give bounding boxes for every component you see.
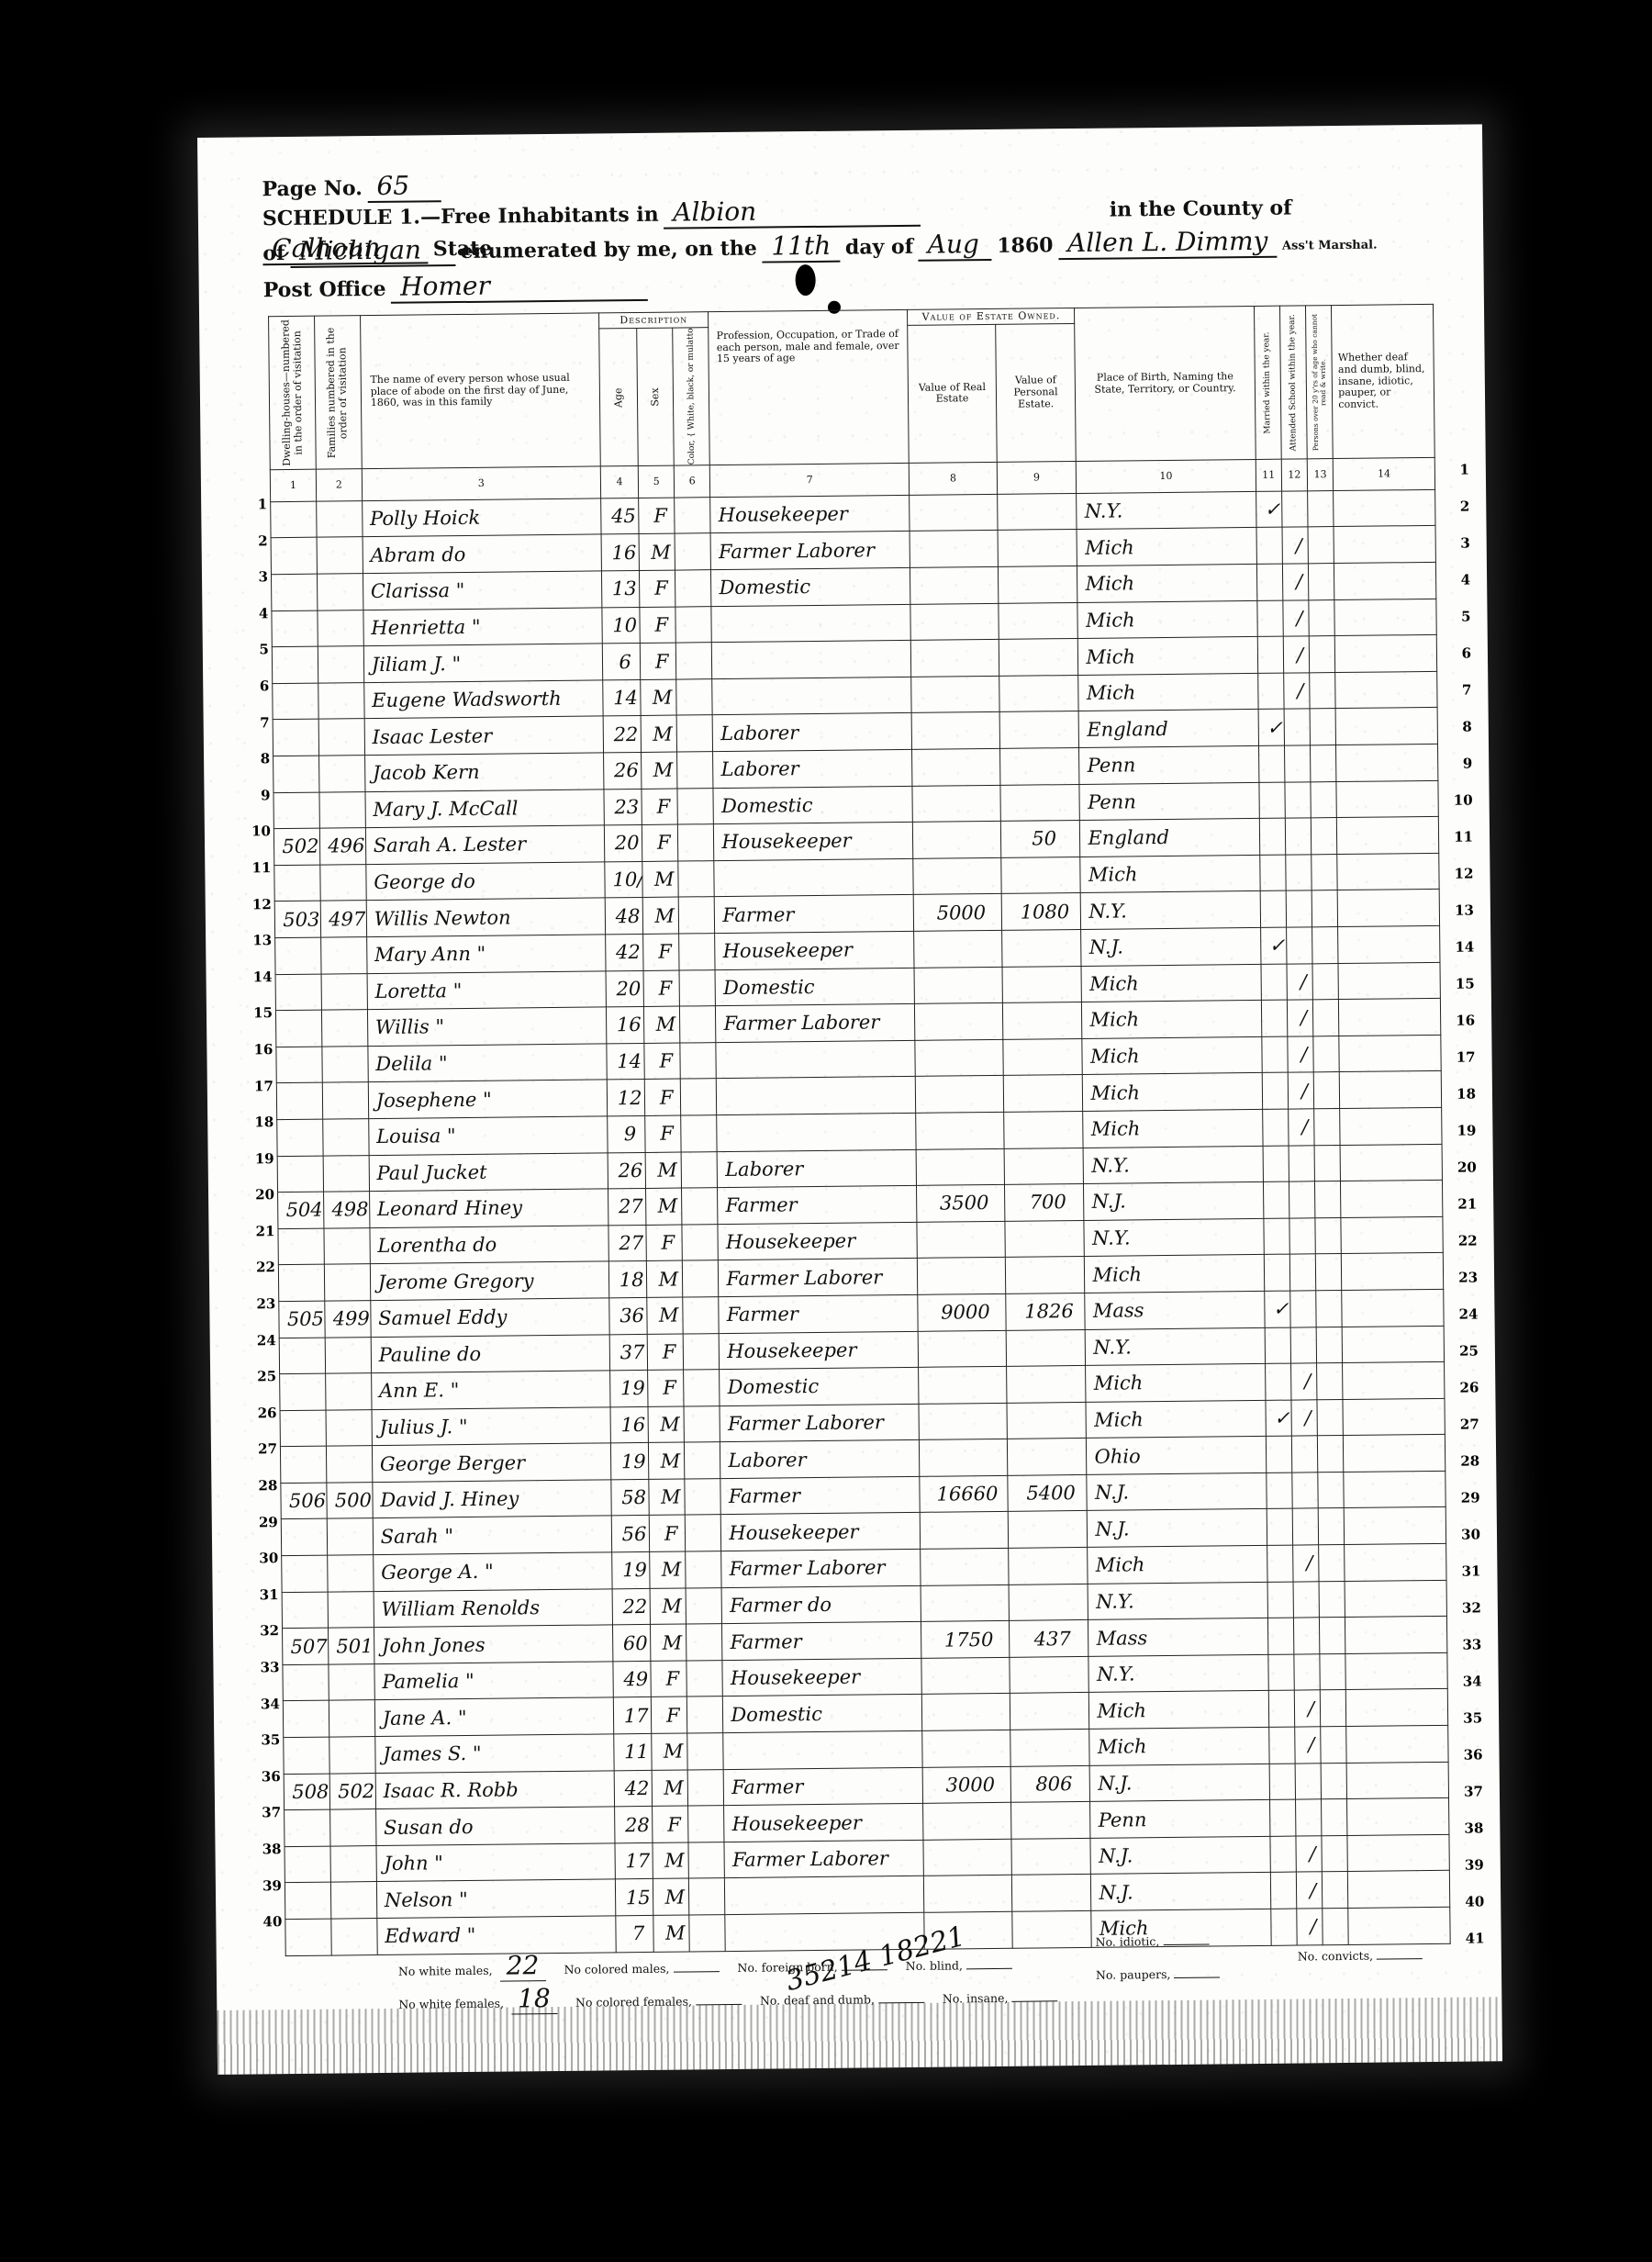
person-name-cell: Paul Jucket <box>369 1152 608 1191</box>
right-line-number: 21 <box>1455 1195 1477 1212</box>
personal-estate-value-cell <box>1010 1693 1089 1730</box>
attended-school-cell: / <box>1284 673 1311 710</box>
personal-estate-value-cell <box>1000 784 1080 822</box>
family-number-cell: 502 <box>329 1773 375 1809</box>
real-estate-value-cell: 16660 <box>920 1475 1008 1513</box>
disability-cell <box>1335 671 1437 709</box>
post-office-label: Post Office <box>263 277 386 302</box>
real-estate-value-cell: 9000 <box>918 1293 1006 1331</box>
birthplace-cell: Mich <box>1078 673 1258 711</box>
personal-estate-value-cell: 806 <box>1010 1765 1090 1803</box>
color-cell <box>686 1660 722 1696</box>
personal-estate-value-cell <box>1008 1547 1088 1585</box>
census-table: Dwelling-houses—numbered in the order of… <box>268 304 1451 1956</box>
column-number: 8 <box>910 462 998 495</box>
married-within-year-cell <box>1267 1618 1294 1654</box>
line-number: 4 <box>246 605 268 621</box>
person-name-cell: Nelson " <box>376 1879 616 1918</box>
person-name-cell: Josephene " <box>368 1080 608 1118</box>
age-cell: 6 <box>602 644 641 680</box>
married-within-year-cell: ✓ <box>1260 927 1287 964</box>
real-estate-value-cell <box>910 566 999 604</box>
family-number-cell: 501 <box>328 1628 374 1664</box>
married-within-year-cell: ✓ <box>1266 1400 1292 1437</box>
schedule-label: SCHEDULE 1.—Free Inhabitants in <box>262 203 659 231</box>
family-number-cell <box>321 973 367 1010</box>
dwelling-number-cell <box>275 1010 321 1047</box>
cannot-read-write-cell <box>1314 1108 1341 1145</box>
occupation-cell: Housekeeper <box>714 823 913 861</box>
column-number: 11 <box>1256 459 1282 491</box>
age-cell: 27 <box>608 1225 647 1261</box>
column-number: 1 <box>270 469 316 502</box>
cannot-read-write-cell <box>1308 490 1334 527</box>
family-number-cell <box>328 1555 374 1592</box>
family-number-cell <box>327 1518 373 1555</box>
occupation-cell <box>711 604 910 643</box>
line-number: 30 <box>256 1550 278 1566</box>
attended-school-cell <box>1289 1254 1316 1291</box>
family-number-cell <box>321 937 367 974</box>
sex-cell: F <box>640 607 675 644</box>
family-number-cell <box>331 1919 377 1955</box>
disability-cell <box>1334 562 1436 599</box>
right-line-number: 39 <box>1462 1856 1484 1873</box>
right-line-number: 27 <box>1457 1416 1479 1432</box>
convicts-blank <box>1377 1958 1423 1960</box>
cannot-read-write-cell <box>1320 1690 1346 1727</box>
line-number: 18 <box>251 1114 273 1130</box>
disability-cell <box>1342 1253 1444 1291</box>
cannot-read-write-cell <box>1318 1472 1345 1508</box>
occupation-cell <box>716 1040 915 1079</box>
birthplace-cell: N.J. <box>1081 927 1261 966</box>
age-cell: 17 <box>615 1842 653 1879</box>
sex-cell: M <box>644 1006 680 1043</box>
personal-estate-value-cell <box>999 675 1078 712</box>
personal-estate-value-cell <box>1007 1402 1087 1439</box>
age-cell: 58 <box>611 1479 650 1516</box>
disability-cell <box>1343 1398 1445 1436</box>
line-number: 27 <box>255 1440 277 1457</box>
idiotic-label: No. idiotic, <box>1096 1934 1160 1949</box>
dwelling-number-cell <box>276 1047 322 1083</box>
family-number-cell: 498 <box>323 1192 369 1228</box>
married-within-year-cell <box>1269 1764 1296 1800</box>
person-name-cell: George A. " <box>373 1552 612 1591</box>
personal-estate-value-cell <box>1008 1511 1088 1549</box>
disability-cell <box>1345 1543 1446 1581</box>
disability-cell <box>1340 1144 1442 1181</box>
age-cell: 20 <box>604 825 642 862</box>
paupers-label: No. paupers, <box>1096 1967 1171 1982</box>
sex-cell: M <box>650 1551 686 1588</box>
birthplace-cell: Mich <box>1080 855 1260 893</box>
cannot-read-write-cell <box>1314 1145 1341 1181</box>
birthplace-cell: N.Y. <box>1088 1582 1268 1620</box>
birthplace-cell: Penn <box>1079 782 1259 821</box>
age-cell: 56 <box>611 1516 650 1552</box>
age-cell: 13 <box>602 571 641 608</box>
real-estate-value-cell <box>921 1657 1010 1695</box>
occupation-cell <box>717 1077 916 1115</box>
line-number: 32 <box>257 1622 279 1639</box>
attended-school-cell <box>1294 1654 1321 1691</box>
color-cell <box>685 1442 720 1479</box>
birthplace-cell: Mich <box>1081 964 1261 1002</box>
census-body: Polly Hoick45FHousekeeperN.Y.✓Abram do16… <box>271 489 1451 1955</box>
person-name-cell: John " <box>376 1843 616 1882</box>
sex-cell: F <box>641 643 676 679</box>
real-estate-value-cell <box>922 1694 1010 1731</box>
dwelling-number-cell <box>277 1119 323 1156</box>
township-field: Albion <box>664 195 921 230</box>
birthplace-cell: Mich <box>1088 1545 1267 1584</box>
birthplace-cell: N.Y. <box>1084 1218 1264 1257</box>
birthplace-cell: N.Y. <box>1077 491 1256 530</box>
disability-cell <box>1335 708 1437 745</box>
right-line-number: 4 <box>1448 572 1470 588</box>
color-cell <box>685 1478 720 1515</box>
cannot-read-write-cell <box>1321 1763 1347 1799</box>
attended-school-cell <box>1284 709 1311 745</box>
birthplace-cell: N.Y. <box>1081 891 1261 930</box>
occupation-cell: Laborer <box>712 713 911 752</box>
family-number-cell <box>324 1227 370 1264</box>
enumerated-label: enumerated by me, on the <box>460 237 756 263</box>
line-number: 14 <box>250 969 272 985</box>
attended-school-cell <box>1295 1763 1322 1799</box>
disability-cell <box>1342 1326 1444 1363</box>
real-estate-value-cell <box>913 822 1001 859</box>
married-within-year-cell <box>1270 1872 1297 1909</box>
occupation-cell: Domestic <box>711 567 910 606</box>
attended-school-cell <box>1291 1436 1318 1473</box>
family-number-cell <box>326 1409 372 1446</box>
person-name-cell: Jerome Gregory <box>370 1261 609 1300</box>
family-number-cell <box>324 1264 370 1301</box>
sex-cell: M <box>646 1188 682 1225</box>
sex-cell: M <box>639 534 675 571</box>
person-name-cell: Jacob Kern <box>364 753 604 791</box>
color-cell <box>682 1224 718 1260</box>
cannot-read-write-cell <box>1316 1290 1343 1327</box>
line-number: 3 <box>246 568 268 585</box>
right-line-number: 9 <box>1450 755 1472 771</box>
married-within-year-cell <box>1256 564 1283 600</box>
header-age: Age <box>599 328 639 465</box>
color-cell <box>684 1405 720 1442</box>
right-line-number: 40 <box>1462 1893 1484 1909</box>
disability-cell <box>1339 1071 1441 1109</box>
line-number: 12 <box>250 896 272 913</box>
disability-cell <box>1340 1107 1442 1145</box>
attended-school-cell: / <box>1293 1545 1320 1582</box>
sex-cell: M <box>649 1479 685 1516</box>
sex-cell: M <box>653 1878 689 1915</box>
age-cell: 14 <box>603 679 642 716</box>
person-name-cell: Jane A. " <box>374 1697 614 1736</box>
line-number: 17 <box>251 1078 273 1094</box>
married-within-year-cell <box>1267 1582 1294 1618</box>
married-within-year-cell: ✓ <box>1258 710 1285 746</box>
occupation-cell: Housekeeper <box>724 1804 923 1842</box>
dwelling-number-cell <box>279 1338 325 1374</box>
sex-cell: F <box>651 1661 686 1697</box>
white-males-label: No white males, <box>398 1964 493 1978</box>
disability-cell <box>1337 853 1439 890</box>
attended-school-cell <box>1293 1618 1320 1654</box>
marshal-signature: Allen L. Dimmy <box>1058 226 1278 260</box>
birthplace-cell: Mich <box>1086 1400 1266 1439</box>
sex-cell: F <box>643 934 679 970</box>
married-within-year-cell <box>1262 1072 1289 1109</box>
attended-school-cell: / <box>1287 1000 1313 1036</box>
cannot-read-write-cell <box>1315 1217 1342 1254</box>
cannot-read-write-cell <box>1311 745 1337 782</box>
attended-school-cell <box>1292 1508 1319 1545</box>
right-line-number: 17 <box>1453 1048 1475 1065</box>
line-number: 34 <box>258 1696 280 1712</box>
family-number-cell: 497 <box>320 901 366 937</box>
marshal-label: Ass't Marshal. <box>1282 239 1378 253</box>
age-cell: 48 <box>605 898 643 935</box>
column-number: 6 <box>675 465 710 498</box>
column-number: 14 <box>1333 457 1434 490</box>
page-number: 65 <box>367 170 441 203</box>
attended-school-cell: / <box>1287 963 1313 1000</box>
real-estate-value-cell <box>915 1003 1003 1041</box>
right-line-number: 16 <box>1453 1012 1475 1028</box>
color-cell <box>678 897 714 934</box>
header-disability: Whether deaf and dumb, blind, insane, id… <box>1332 304 1434 458</box>
disability-cell <box>1334 599 1436 636</box>
occupation-cell: Farmer <box>715 895 914 934</box>
line-number: 22 <box>253 1259 275 1275</box>
right-line-number: 1 <box>1447 462 1469 478</box>
family-number-cell <box>329 1663 374 1700</box>
dwelling-number-cell <box>282 1592 328 1629</box>
occupation-cell: Housekeeper <box>721 1513 921 1551</box>
family-number-cell <box>317 574 363 610</box>
line-number: 25 <box>254 1368 276 1384</box>
right-line-number: 35 <box>1460 1709 1482 1726</box>
attended-school-cell <box>1285 781 1312 818</box>
person-name-cell: Sarah " <box>373 1516 612 1554</box>
sex-cell: F <box>648 1370 684 1406</box>
color-cell <box>676 643 712 679</box>
sex-cell: M <box>651 1624 686 1661</box>
personal-estate-value-cell <box>999 639 1078 677</box>
family-number-cell <box>329 1737 375 1774</box>
real-estate-value-cell <box>923 1803 1011 1841</box>
page-label: Page No. <box>262 176 363 201</box>
sex-cell: M <box>641 679 676 716</box>
age-cell: 17 <box>613 1697 652 1734</box>
occupation-cell: Domestic <box>723 1695 922 1733</box>
real-estate-value-cell <box>910 603 999 641</box>
right-line-number: 20 <box>1455 1159 1477 1175</box>
occupation-cell: Housekeeper <box>722 1658 921 1696</box>
attended-school-cell: / <box>1294 1690 1321 1727</box>
real-estate-value-cell <box>916 1112 1004 1149</box>
birthplace-cell: N.Y. <box>1086 1327 1266 1366</box>
header-illiterate: Persons over 20 y'rs of age who cannot r… <box>1306 306 1334 459</box>
sex-cell: M <box>649 1442 685 1479</box>
occupation-cell: Farmer Laborer <box>720 1404 919 1442</box>
disability-cell <box>1335 635 1437 673</box>
person-name-cell: Mary J. McCall <box>365 789 605 827</box>
cannot-read-write-cell <box>1315 1254 1342 1291</box>
attended-school-cell: / <box>1282 564 1309 600</box>
sex-cell: M <box>645 1152 681 1189</box>
family-number-cell <box>318 682 364 719</box>
personal-estate-value-cell <box>1003 1038 1083 1076</box>
cannot-read-write-cell <box>1322 1835 1348 1872</box>
age-cell: 16 <box>610 1406 649 1443</box>
real-estate-value-cell <box>914 930 1002 968</box>
line-number: 40 <box>260 1913 282 1930</box>
family-number-cell <box>330 1882 376 1919</box>
convicts-field: No. convicts, <box>1298 1948 1437 1964</box>
birthplace-cell: Mich <box>1082 1036 1262 1075</box>
dwelling-number-cell <box>271 574 317 610</box>
real-estate-value-cell <box>911 712 999 750</box>
sex-cell: F <box>642 824 678 861</box>
attended-school-cell <box>1289 1181 1315 1218</box>
right-line-number: 11 <box>1451 828 1473 845</box>
attended-school-cell: / <box>1289 1109 1315 1146</box>
state-field: Michigan <box>290 234 455 268</box>
line-number: 9 <box>248 787 270 803</box>
real-estate-value-cell <box>920 1512 1008 1550</box>
real-estate-value-cell: 3500 <box>917 1184 1005 1222</box>
occupation-cell <box>714 858 913 897</box>
married-within-year-cell: ✓ <box>1256 491 1282 528</box>
real-estate-value-cell <box>912 785 1000 823</box>
right-line-number: 32 <box>1459 1599 1481 1616</box>
married-within-year-cell <box>1262 1036 1289 1073</box>
personal-estate-value-cell: 5400 <box>1008 1474 1088 1512</box>
line-number: 38 <box>259 1841 281 1857</box>
married-within-year-cell <box>1259 818 1286 855</box>
real-estate-value-cell <box>910 531 998 568</box>
personal-estate-value-cell <box>1011 1875 1091 1912</box>
age-cell: 26 <box>608 1152 646 1189</box>
real-estate-value-cell <box>916 1148 1004 1186</box>
person-name-cell: George Berger <box>372 1443 611 1482</box>
occupation-cell: Farmer <box>718 1185 917 1224</box>
age-cell: 12 <box>607 1080 645 1116</box>
birthplace-cell: N.J. <box>1090 1764 1270 1802</box>
right-line-number: 33 <box>1459 1636 1481 1652</box>
right-line-number: 6 <box>1449 644 1471 661</box>
real-estate-value-cell: 1750 <box>921 1621 1010 1659</box>
family-number-cell <box>323 1119 369 1156</box>
line-number: 15 <box>251 1004 273 1021</box>
sex-cell: F <box>647 1334 683 1371</box>
personal-estate-value-cell <box>1002 1002 1082 1040</box>
sex-cell: M <box>642 752 677 789</box>
sex-cell: F <box>640 570 675 607</box>
birthplace-cell: Mich <box>1082 1001 1262 1039</box>
personal-estate-value-cell: 700 <box>1004 1184 1084 1222</box>
person-name-cell: Mary Ann " <box>366 935 606 973</box>
birthplace-cell: N.Y. <box>1088 1654 1268 1693</box>
birthplace-cell: Mich <box>1077 528 1257 566</box>
attended-school-cell <box>1281 491 1308 528</box>
birthplace-cell: N.J. <box>1084 1182 1264 1221</box>
dwelling-number-cell: 507 <box>283 1628 329 1664</box>
real-estate-value-cell <box>920 1439 1008 1477</box>
color-cell <box>687 1696 723 1733</box>
occupation-cell: Farmer <box>720 1476 920 1515</box>
disability-cell <box>1345 1580 1446 1618</box>
birthplace-cell: Mass <box>1085 1291 1265 1329</box>
married-within-year-cell <box>1268 1691 1295 1728</box>
occupation-cell: Laborer <box>713 749 912 788</box>
header-occupation: Profession, Occupation, or Trade of each… <box>709 309 910 465</box>
dwelling-number-cell <box>283 1664 329 1701</box>
personal-estate-value-cell <box>999 747 1079 785</box>
dwelling-number-cell: 502 <box>273 828 319 865</box>
month-field: Aug <box>918 229 991 262</box>
disability-cell <box>1341 1216 1443 1254</box>
married-within-year-cell <box>1270 1836 1297 1873</box>
attended-school-cell <box>1292 1473 1319 1509</box>
dwelling-number-cell: 506 <box>281 1483 327 1519</box>
personal-estate-value-cell <box>1006 1329 1086 1367</box>
real-estate-value-cell <box>916 1076 1004 1114</box>
person-name-cell: David J. Hiney <box>373 1480 612 1518</box>
birthplace-cell: N.J. <box>1088 1509 1267 1548</box>
married-within-year-cell: ✓ <box>1264 1291 1290 1327</box>
right-line-number: 13 <box>1452 901 1474 918</box>
right-line-number: 10 <box>1451 791 1473 808</box>
family-number-cell <box>325 1373 371 1410</box>
birthplace-cell: Penn <box>1090 1800 1270 1839</box>
personal-estate-value-cell <box>1009 1584 1088 1621</box>
disability-cell <box>1346 1725 1448 1763</box>
family-number-cell <box>317 500 363 537</box>
line-number: 33 <box>257 1659 279 1675</box>
age-cell: 9 <box>608 1115 646 1152</box>
cannot-read-write-cell <box>1317 1436 1344 1473</box>
header-married: Married within the year. <box>1254 306 1281 459</box>
personal-estate-value-cell <box>1006 1366 1086 1404</box>
person-name-cell: Julius J. " <box>372 1407 611 1446</box>
color-cell <box>679 969 715 1006</box>
color-cell <box>678 824 714 861</box>
column-number: 3 <box>362 466 601 501</box>
married-within-year-cell <box>1262 1109 1289 1146</box>
right-line-number: 8 <box>1450 718 1472 734</box>
right-line-number: 19 <box>1454 1122 1476 1138</box>
married-within-year-cell <box>1268 1727 1295 1764</box>
disability-cell <box>1348 1871 1450 1909</box>
personal-estate-value-cell <box>1004 1148 1084 1185</box>
dwelling-number-cell <box>285 1846 330 1883</box>
person-name-cell: George do <box>366 862 606 901</box>
age-cell: 60 <box>613 1625 652 1662</box>
person-name-cell: Samuel Eddy <box>371 1298 610 1337</box>
married-within-year-cell <box>1259 855 1286 891</box>
personal-estate-value-cell <box>999 711 1079 749</box>
cannot-read-write-cell <box>1322 1872 1348 1909</box>
ink-blot <box>795 264 815 296</box>
right-line-number: 5 <box>1448 608 1470 624</box>
real-estate-value-cell <box>911 676 999 713</box>
